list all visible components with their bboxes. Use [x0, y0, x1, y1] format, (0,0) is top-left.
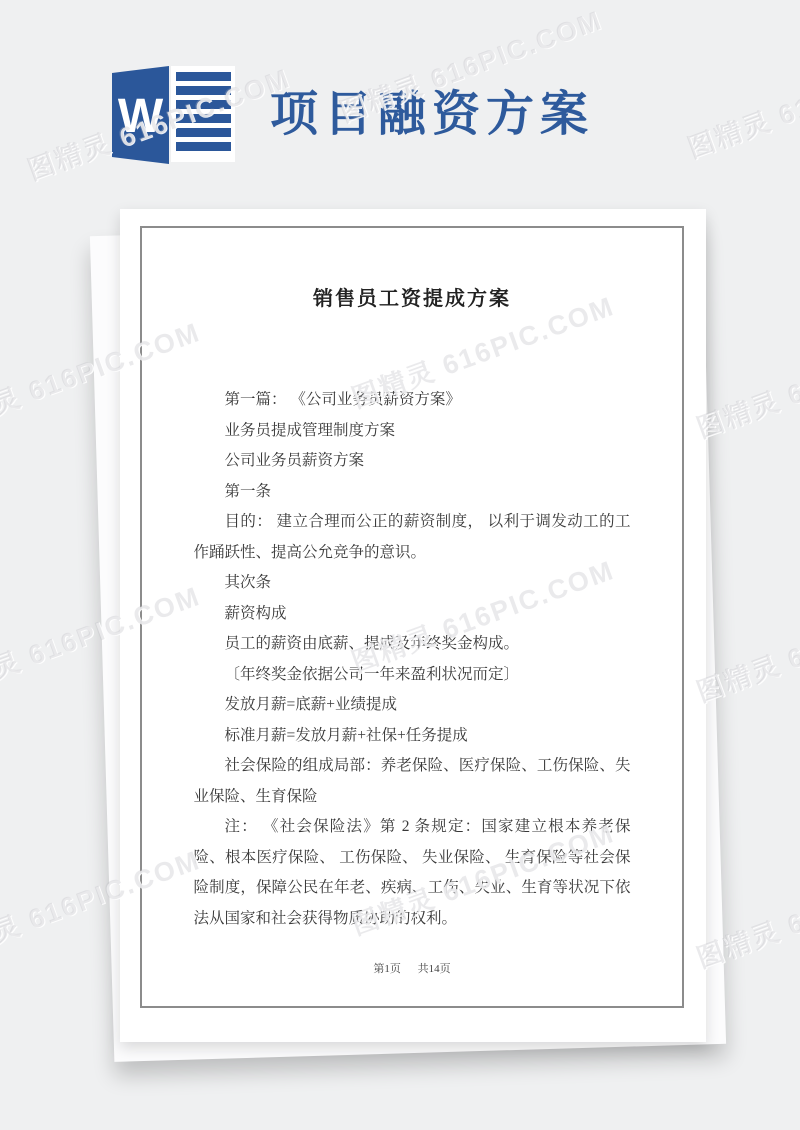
document-page: 销售员工资提成方案 第一篇： 《公司业务员薪资方案》 业务员提成管理制度方案 公…: [120, 209, 706, 1042]
document-paragraph: 社会保险的组成局部：养老保险、医疗保险、工伤保险、失业保险、生育保险: [194, 751, 631, 812]
document-paragraph: 薪资构成: [194, 599, 631, 630]
watermark-text: 图精灵 616PIC.COM: [681, 34, 800, 165]
document-paragraph: 第一篇： 《公司业务员薪资方案》: [194, 385, 631, 416]
document-paragraph: 注： 《社会保险法》第 2 条规定：国家建立根本养老保险、根本医疗保险、 工伤保…: [194, 812, 631, 934]
page-title: 项目融资方案: [270, 64, 594, 166]
document-paragraph: 第一条: [194, 477, 631, 508]
document-paragraph: 〔年终奖金依据公司一年来盈利状况而定〕: [194, 660, 631, 691]
document-title: 销售员工资提成方案: [142, 282, 682, 311]
document-paragraph: 标准月薪=发放月薪+社保+任务提成: [194, 721, 631, 752]
page-canvas: W 项目融资方案 销售员工资提成方案 第一篇： 《公司业务员薪资方案》 业务员提…: [0, 0, 800, 1130]
document-paragraph: 公司业务员薪资方案: [194, 446, 631, 477]
word-icon-letter: W: [118, 90, 164, 143]
current-page-number: 第1页: [373, 963, 401, 975]
document-paragraph: 发放月薪=底薪+业绩提成: [194, 690, 631, 721]
header: W 项目融资方案: [112, 64, 594, 166]
document-paragraph: 员工的薪资由底薪、提成及年终奖金构成。: [194, 629, 631, 660]
page-border: 销售员工资提成方案 第一篇： 《公司业务员薪资方案》 业务员提成管理制度方案 公…: [140, 226, 684, 1008]
document-paragraph: 业务员提成管理制度方案: [194, 416, 631, 447]
document-paragraph: 目的： 建立合理而公正的薪资制度， 以利于调发动工的工作踊跃性、提高公允竞争的意…: [194, 507, 631, 568]
total-page-count: 共14页: [418, 963, 451, 975]
document-paragraph: 其次条: [194, 568, 631, 599]
page-footer: 第1页 共14页: [142, 960, 682, 976]
document-body: 第一篇： 《公司业务员薪资方案》 业务员提成管理制度方案 公司业务员薪资方案 第…: [194, 385, 631, 934]
word-icon: W: [112, 64, 238, 166]
